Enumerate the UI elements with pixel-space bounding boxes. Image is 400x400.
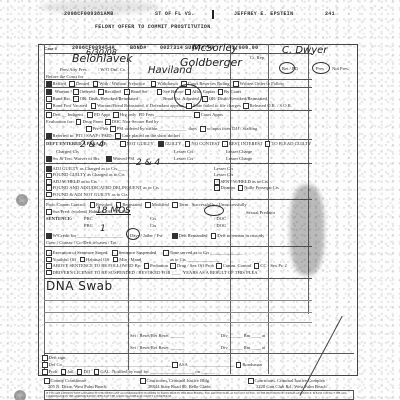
- sworn-test-row: Sw & Test. Waiver of Rts Waived PSI: [46, 156, 134, 162]
- deft-sign-row: Deft sign: [42, 355, 65, 361]
- doc-label-2: / DOC: [214, 223, 226, 228]
- pres-circle: [312, 62, 330, 74]
- referred-row: Referred to: PTI / SAAP / PAID Case plac…: [46, 133, 180, 139]
- credit-row: W/Credit for ____________________: [46, 233, 123, 239]
- margin-line: [44, 44, 45, 374]
- lesser-charge-label-2: Lesser Charge: [226, 156, 252, 161]
- checkbox-or-distb-2[interactable]: [202, 96, 208, 102]
- lesser-charge-label: Lesser Charge: [226, 149, 252, 154]
- checkbox-bond-forf[interactable]: [46, 103, 52, 109]
- doc-circle: [204, 205, 224, 216]
- conc-consec-label: Conc / Consec / Co-Deft w/cases / Tot.: [46, 240, 118, 245]
- dna-swab-note: DNA Swab: [46, 284, 113, 289]
- cts-label-2: Cts: [150, 223, 156, 228]
- checkbox-released-or[interactable]: [243, 103, 249, 109]
- page-code: 241: [325, 12, 335, 17]
- sentence-options: Execution of Sentence Stayed Sentence Su…: [46, 250, 287, 276]
- reset-row-2: Set / Reset/Ret Reset ______ Div ______ …: [130, 345, 265, 350]
- ret-circle: [279, 62, 295, 74]
- form-title: FELONY OFFER TO COMMIT PROSTITUTION: [95, 25, 211, 30]
- rule: [44, 199, 312, 200]
- sexual-predator-label: Sexual Predator: [246, 210, 275, 215]
- checkbox-deft[interactable]: [46, 112, 52, 118]
- checkbox-belle-glade[interactable]: [140, 378, 146, 384]
- checkbox-see-below[interactable]: [157, 89, 163, 95]
- checkbox-min-mand[interactable]: [113, 257, 119, 263]
- checkbox-guilty[interactable]: [158, 141, 164, 147]
- checkbox-by-court[interactable]: [218, 89, 224, 95]
- state-vs-label: ST OF FL VS.: [155, 12, 195, 17]
- evaluation-row: Evaluation for: Drug Farm DOC Non-Secure…: [46, 119, 159, 125]
- checkbox-county-courthouse[interactable]: [44, 378, 50, 384]
- checkbox-def-co[interactable]: [42, 362, 48, 368]
- location-county-courthouse: County Courthouse 205 N. Dixie, West Pal…: [44, 378, 106, 389]
- prc-handwritten: 18 MOS: [96, 209, 131, 214]
- checkbox-youthful[interactable]: [46, 257, 52, 263]
- prc-label-2: PBC: [84, 223, 93, 228]
- checkbox-bond-rst[interactable]: [46, 96, 52, 102]
- checkbox-denied[interactable]: [69, 81, 75, 87]
- location-gun-club: Courtroom, Criminal Justice Complex 3228…: [248, 378, 327, 389]
- warrant-row: Warrant / Ordered Recalled Bond Set See …: [46, 89, 241, 95]
- rule: [44, 246, 312, 247]
- checkbox-license-suspended[interactable]: [46, 270, 52, 276]
- checkbox-deft-sign[interactable]: [42, 355, 48, 361]
- deft-remanded-row: Deft Remanded Deft to remain in custody: [172, 233, 264, 239]
- checkbox-withdrawn[interactable]: [151, 81, 157, 87]
- checkbox-execution-stayed[interactable]: [46, 250, 52, 256]
- bond-number: 0027314: [160, 46, 183, 51]
- checkbox-nolle[interactable]: [238, 185, 244, 191]
- ct-rep-label: Ct. Rep.: [250, 55, 265, 60]
- checkbox-not-guilty[interactable]: [120, 141, 126, 147]
- adjudication-right-column: Lesser Cts Lesser Cts SENT W/HELD as to …: [214, 166, 279, 192]
- rule: [44, 79, 312, 80]
- defendant-name: JEFFREY E. EPSTEIN: [234, 12, 293, 17]
- punch-hole: [16, 194, 28, 206]
- pretrial-row: Pre-Plea PSI ordered by/within _________…: [86, 126, 257, 132]
- checkbox-sex-pred[interactable]: [46, 209, 52, 215]
- checkbox-prob[interactable]: [42, 369, 48, 375]
- sentence-label: SENTENCE:: [46, 216, 72, 221]
- lesser-cts-label: Lesser Cts: [174, 149, 193, 154]
- checkbox-or-distb[interactable]: [73, 96, 79, 102]
- checkbox-hrg-only[interactable]: [113, 112, 119, 118]
- checkbox-bondsman[interactable]: [236, 362, 242, 368]
- prosecutor-handwritten: Belohlavek: [72, 56, 133, 61]
- checkbox-prejudice[interactable]: [93, 81, 99, 87]
- plea-options: NOT GUILTY GUILTY NO CONTEST BEST INTERE…: [120, 141, 311, 147]
- checkbox-gun-club[interactable]: [248, 378, 254, 384]
- checkbox-ordered[interactable]: [73, 89, 79, 95]
- notified-row: Prob Jail DJJ GAL Notified by mail by: _…: [42, 369, 215, 375]
- bond-vacated-row: Bond Forf Vacated Warrant/Bond Reinstate…: [46, 103, 292, 109]
- checkbox-doc-bed[interactable]: [105, 119, 111, 125]
- checkbox-probation[interactable]: [144, 263, 150, 269]
- checkbox-sent-withheld[interactable]: [214, 179, 220, 185]
- checkbox-short-docket[interactable]: [115, 133, 121, 139]
- pd-co-label: / W/O Dnf. Co.: [98, 67, 126, 72]
- checkbox-written-order[interactable]: [233, 81, 239, 87]
- checkbox-drug-farm[interactable]: [76, 119, 82, 125]
- ada-notice: IF YOU ARE A PERSON WITH A DISABILITY WH…: [44, 390, 354, 400]
- checkbox-referred[interactable]: [46, 133, 52, 139]
- doc-label: / DOC: [214, 216, 226, 221]
- rule: [44, 322, 312, 323]
- checkbox-djj-notified[interactable]: [77, 369, 83, 375]
- checkbox-adj-guilty[interactable]: [46, 166, 52, 172]
- checkbox-psi[interactable]: [110, 126, 116, 132]
- checkbox-waived-psi[interactable]: [106, 156, 112, 162]
- checkbox-court-appts[interactable]: [194, 112, 200, 118]
- checkbox-credit[interactable]: [46, 233, 52, 239]
- def-co-row: Def Co _________________________________…: [42, 362, 262, 368]
- prc-label: PBC: [84, 216, 93, 221]
- scanned-court-form: 2008CF009381AMB ST OF FL VS. JEFFREY E. …: [0, 0, 400, 400]
- checkbox-suspended[interactable]: [112, 250, 118, 256]
- bond-row: Bond Rst OR: Distb./Revoked/Reinstated B…: [46, 96, 267, 102]
- checkbox-no-contest[interactable]: [185, 141, 191, 147]
- checkbox-best-interest[interactable]: [222, 141, 228, 147]
- checkbox-modified[interactable]: [145, 202, 151, 208]
- separator-bar: [212, 10, 214, 19]
- checkbox-habitual[interactable]: [80, 257, 86, 263]
- checkbox-delinquent[interactable]: [46, 185, 52, 191]
- not-pres-label: Not Pres.: [332, 66, 349, 71]
- checkbox-gal[interactable]: [94, 369, 100, 375]
- checkbox-deft-remanded[interactable]: [172, 233, 178, 239]
- adjudication-counts-handwritten: 2 & 4: [136, 161, 160, 166]
- rule: [44, 312, 312, 313]
- scan-smudge: [40, 0, 160, 14]
- credit-handwritten: 1: [100, 227, 106, 232]
- checkbox-followed-by[interactable]: [46, 263, 52, 269]
- checkbox-djj[interactable]: [200, 126, 206, 132]
- deft-row: Deft __ Indigent PD Appt Hrg only PD Fee…: [46, 112, 223, 118]
- pres-atty-label: Pres/Atty Pres.: [60, 67, 88, 72]
- checkbox-checked[interactable]: [46, 81, 52, 87]
- court-reporter-handwritten: C. Dwyer: [282, 48, 327, 53]
- checkbox-comm-control[interactable]: [216, 263, 222, 269]
- checkbox-adj-withheld[interactable]: [46, 179, 52, 185]
- charged-counts-label: Charged Cts: [56, 149, 79, 154]
- checkbox-pd-appt[interactable]: [87, 112, 93, 118]
- checkbox-to-plead[interactable]: [265, 141, 271, 147]
- checkbox-found-guilty[interactable]: [46, 173, 52, 179]
- judge-signature: McSorley: [192, 46, 238, 51]
- rule: [44, 353, 354, 354]
- checkbox-cc-sex[interactable]: [254, 263, 260, 269]
- case-field-label: Case #: [44, 46, 57, 51]
- checkbox[interactable]: [46, 89, 52, 95]
- rule: [44, 163, 312, 164]
- days-circle: [126, 228, 140, 240]
- checkbox-revoked[interactable]: [90, 202, 96, 208]
- checkbox-sworn[interactable]: [46, 156, 52, 162]
- cts-label: Cts: [150, 216, 156, 221]
- checkbox-state-failed[interactable]: [186, 103, 192, 109]
- asa-handwritten: Haviland: [148, 68, 192, 73]
- adjudication-list: ADJ GUILTY as Charged as to Cts ____ FOU…: [46, 166, 159, 198]
- column-line: [268, 44, 269, 374]
- checkbox-warrant-reinstated[interactable]: [91, 103, 97, 109]
- checkbox-asa[interactable]: [172, 362, 178, 368]
- rule: [44, 110, 312, 111]
- checkbox-term[interactable]: [172, 202, 178, 208]
- checkbox-time-served[interactable]: [163, 250, 169, 256]
- checkbox-recalled[interactable]: [98, 89, 104, 95]
- lesser-cts-label-2: Lesser Cts: [174, 156, 193, 161]
- charged-counts-handwritten: 2 & 4: [80, 143, 104, 148]
- punch-hole: [14, 390, 26, 400]
- scan-smudge: [290, 185, 324, 275]
- rule: [44, 300, 312, 301]
- checkbox-pre-plea[interactable]: [86, 126, 92, 132]
- checkbox-dismiss[interactable]: [214, 185, 220, 191]
- checkbox-drug-sex-prob[interactable]: [170, 263, 176, 269]
- checkbox-not-guilty-adj[interactable]: [46, 192, 52, 198]
- bond-label: BOND#: [130, 46, 147, 51]
- location-belle-glade: Courtroom, Criminal Justice Bldg. 38844 …: [140, 378, 211, 389]
- checkbox-jail[interactable]: [61, 369, 67, 375]
- dispositions-row: Refiled Denied With / Without Prejudice …: [46, 81, 284, 87]
- checkbox-deft-remain[interactable]: [211, 233, 217, 239]
- checkbox-bond-set[interactable]: [124, 89, 130, 95]
- reset-row-1: Set / Reset/Ret Reset ______ Div ______ …: [130, 333, 265, 338]
